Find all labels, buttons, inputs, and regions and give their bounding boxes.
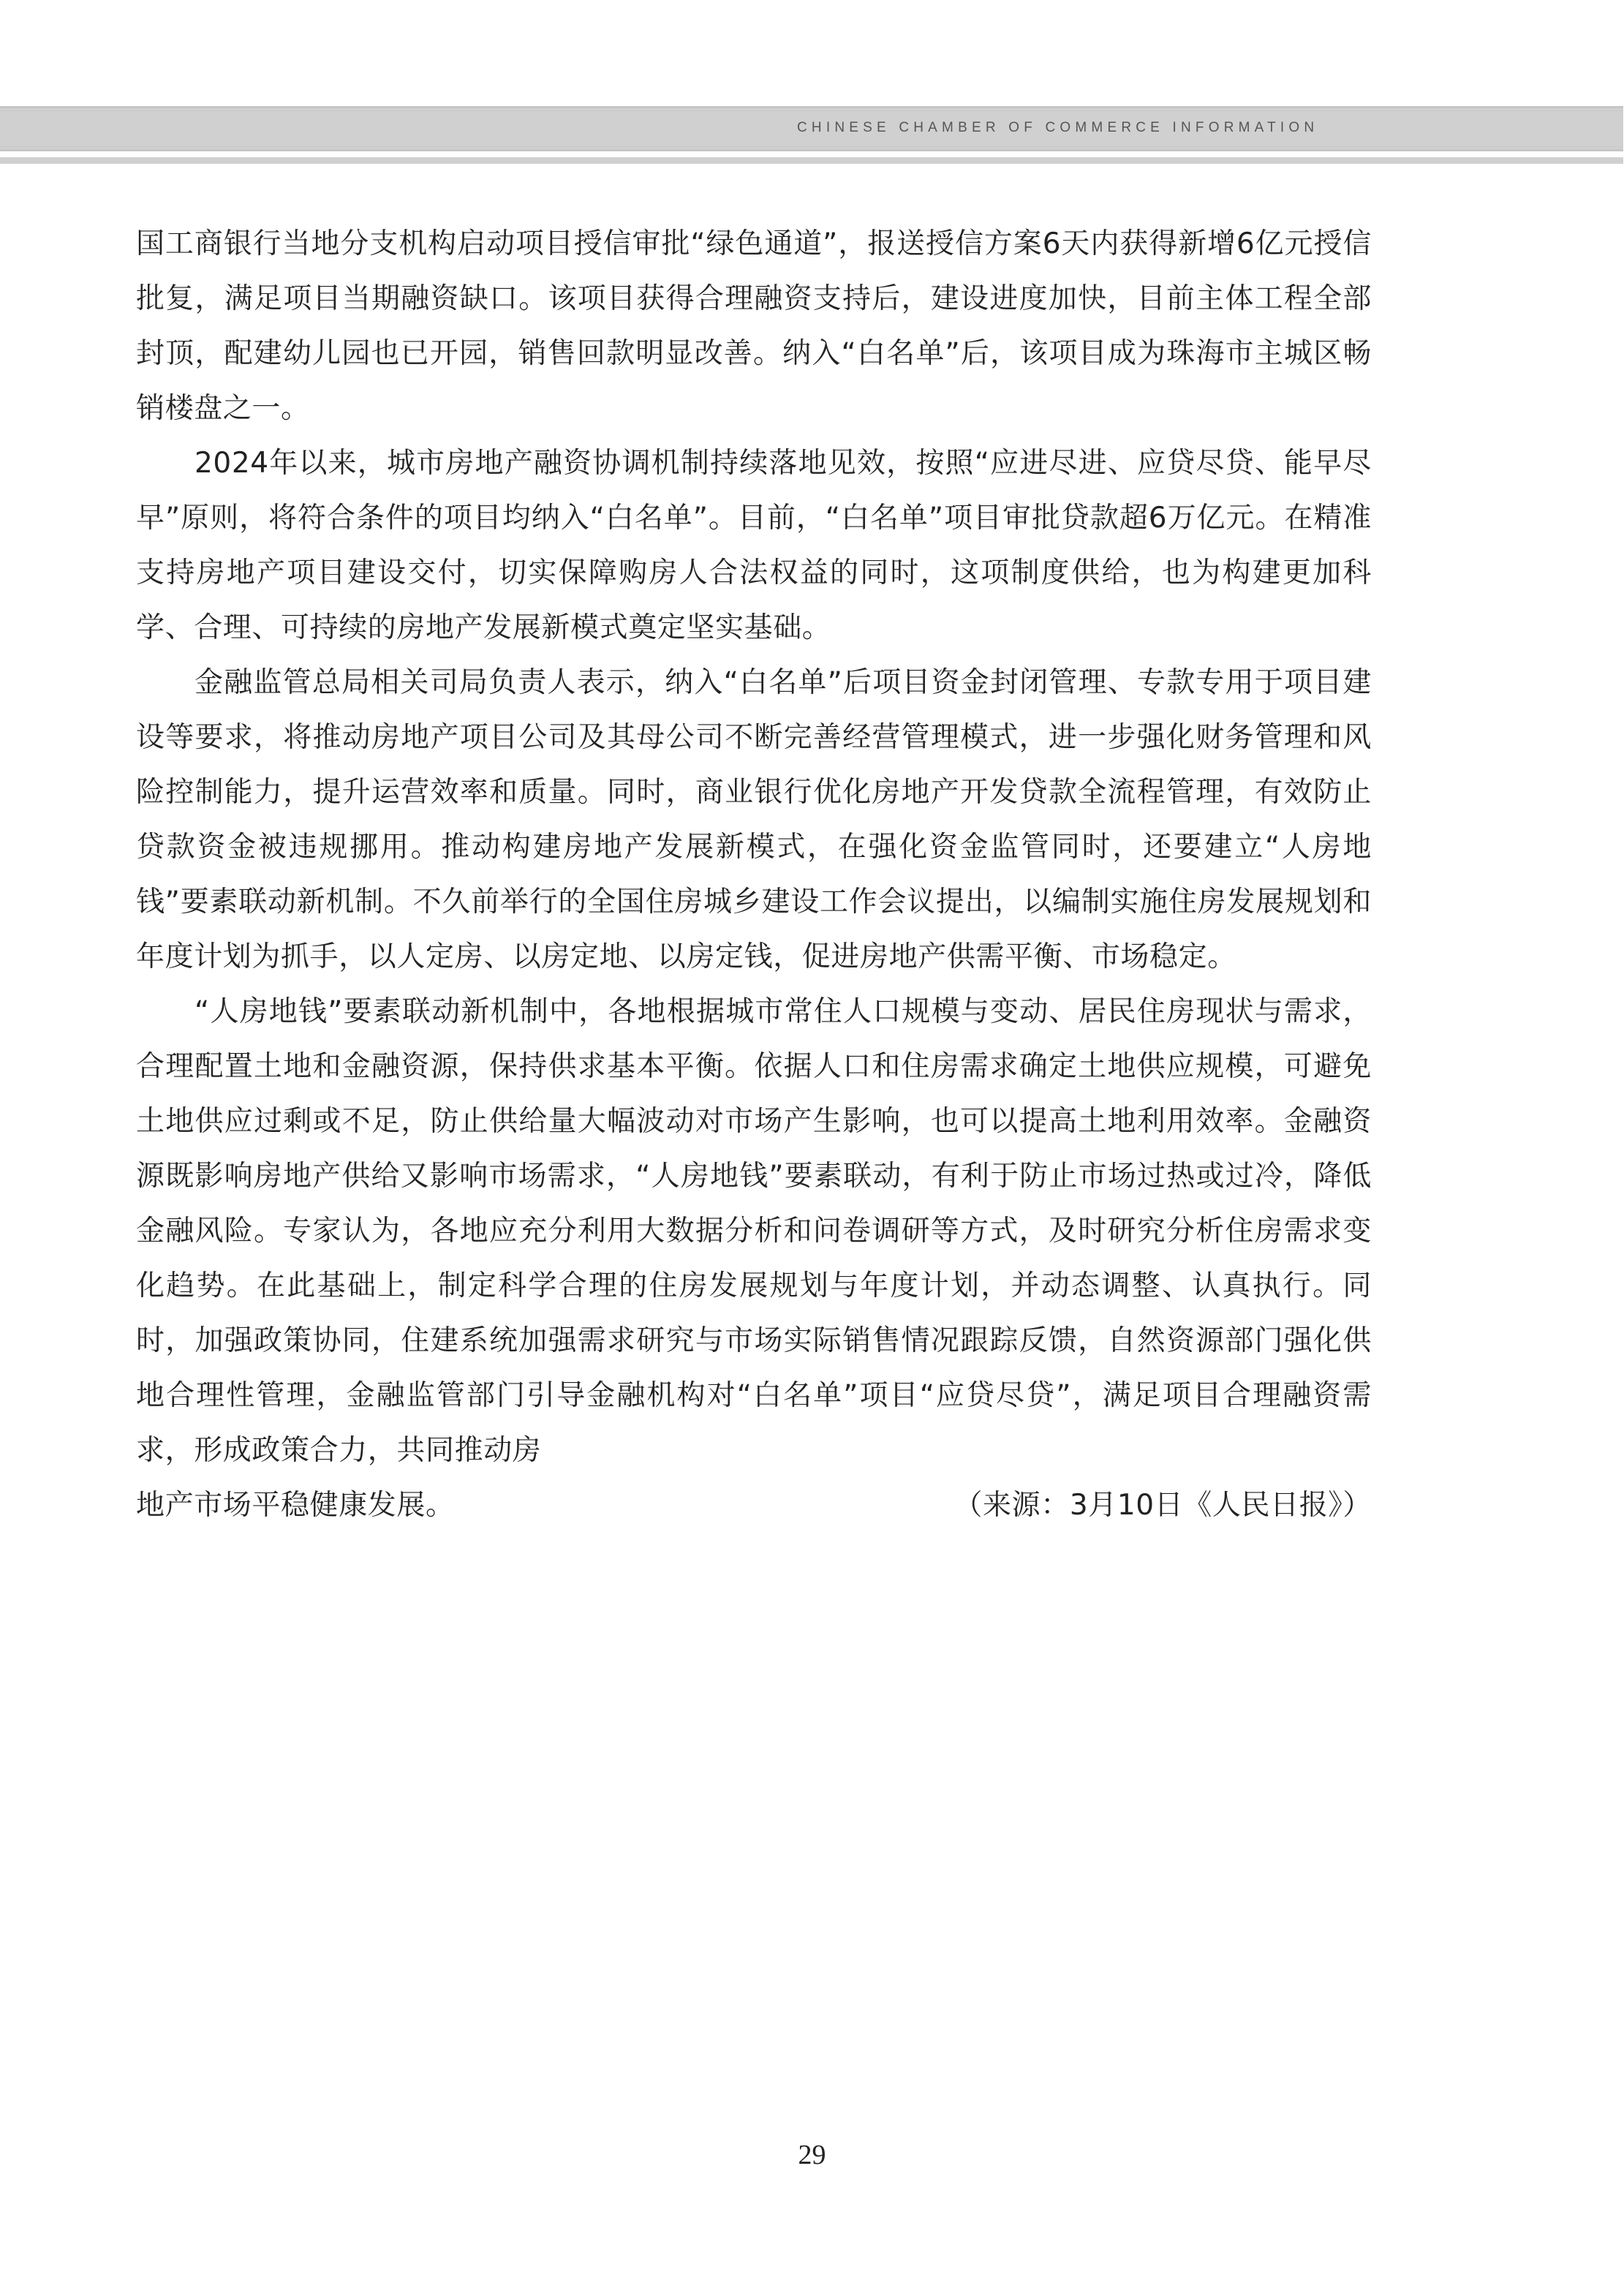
publication-title: CHINESE CHAMBER OF COMMERCE INFORMATION [797,120,1318,136]
running-header-band: CHINESE CHAMBER OF COMMERCE INFORMATION [0,106,1623,151]
header-divider-strip [0,157,1623,164]
paragraph-1: 国工商银行当地分支机构启动项目授信审批“绿色通道”，报送授信方案6天内获得新增6… [136,216,1372,436]
paragraph-2: 2024年以来，城市房地产融资协调机制持续落地见效，按照“应进尽进、应贷尽贷、能… [136,436,1372,655]
source-citation: （来源：3月10日《人民日报》） [953,1478,1372,1533]
header-inner-rule-bottom [0,146,1623,147]
paragraph-4: “人房地钱”要素联动新机制中，各地根据城市常住人口规模与变动、居民住房现状与需求… [136,984,1372,1478]
closing-text: 地产市场平稳健康发展。 [136,1478,455,1533]
header-inner-rule-top [0,110,1623,111]
article-body: 国工商银行当地分支机构启动项目授信审批“绿色通道”，报送授信方案6天内获得新增6… [136,216,1372,1533]
paragraph-3: 金融监管总局相关司局负责人表示，纳入“白名单”后项目资金封闭管理、专款专用于项目… [136,655,1372,984]
paragraph-4-closing-line: 地产市场平稳健康发展。 （来源：3月10日《人民日报》） [136,1478,1372,1533]
page-number: 29 [0,2139,1624,2171]
